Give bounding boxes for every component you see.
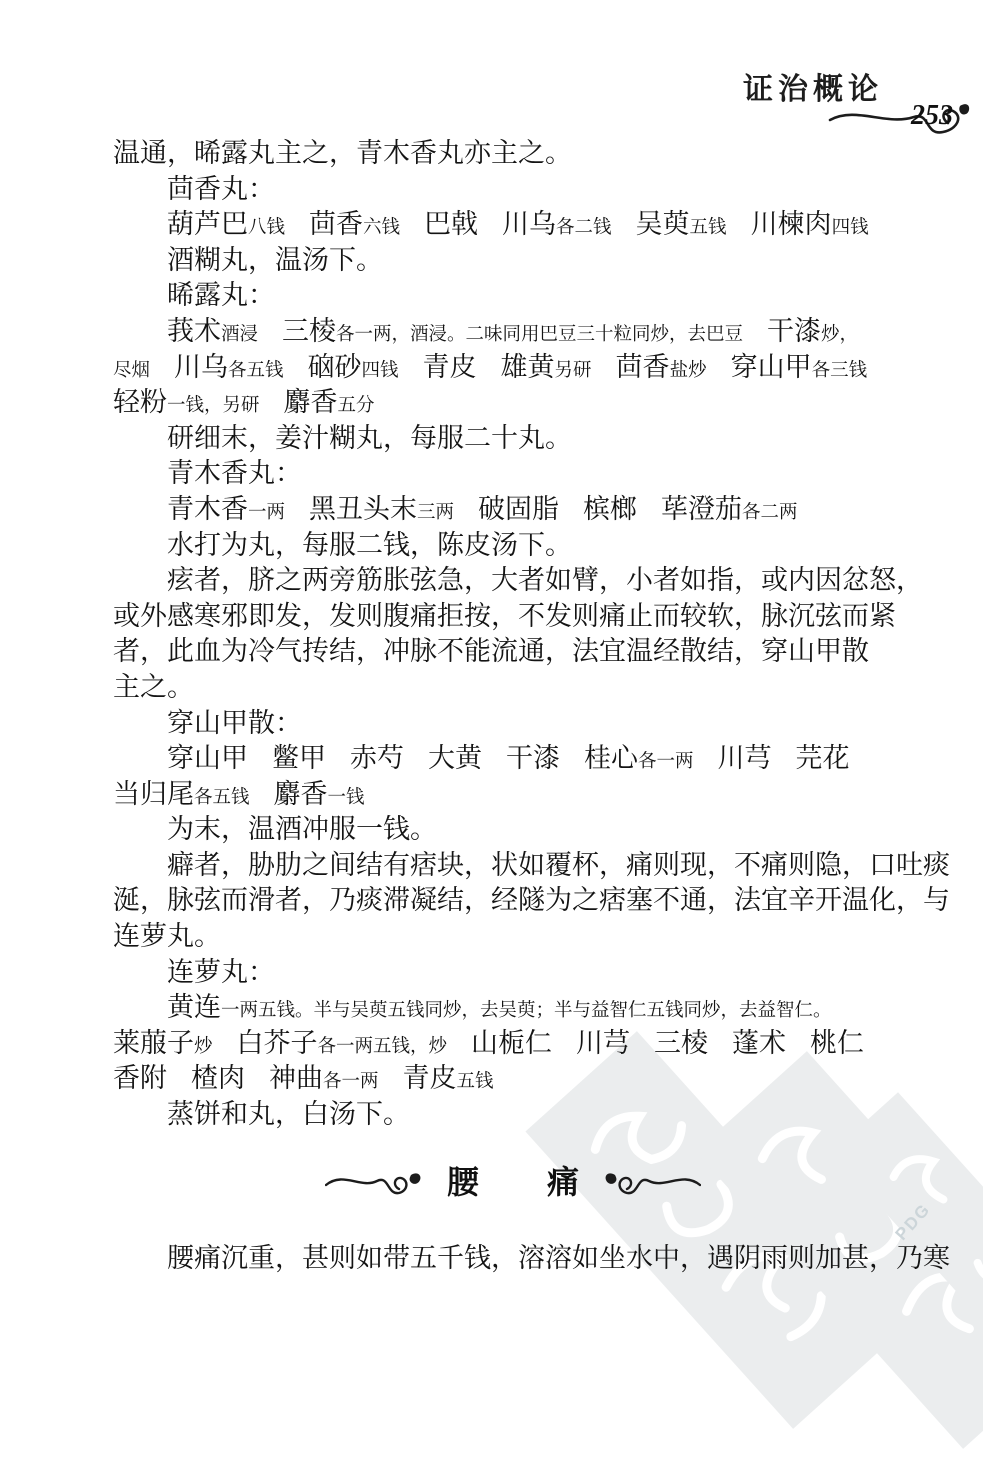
text-run: 穿山甲散： — [167, 708, 302, 738]
text-run: 茴香 — [309, 209, 363, 239]
dosage-annotation: 各一两，酒浸。二味同用巴豆三十粒同炒，去巴豆 — [336, 325, 743, 345]
dosage-annotation: 一钱，另研 — [167, 396, 260, 416]
text-line: 青木香一两黑丑头末三两破固脂槟榔荜澄茄各二两 — [113, 492, 913, 528]
text-line: 连萝丸： — [113, 955, 913, 991]
section-heading: 腰 痛 — [113, 1157, 913, 1207]
text-line: 茴香丸： — [113, 172, 913, 208]
text-line: 葫芦巴八钱茴香六钱巴戟川乌各二钱吴萸五钱川楝肉四钱 — [113, 207, 913, 243]
scanned-book-page: PDG 证治概论 253 温通，晞露丸主之，青木香丸亦主之。茴香丸：葫芦巴八钱茴… — [0, 0, 983, 1470]
section-title-char-1: 腰 — [447, 1157, 479, 1207]
dosage-annotation: 一钱 — [328, 788, 365, 808]
dosage-annotation: 各一两五钱，炒 — [318, 1037, 448, 1057]
text-run: 干漆 — [506, 743, 560, 773]
text-run: 干漆 — [767, 316, 821, 346]
dosage-annotation: 一两 — [248, 503, 285, 523]
text-line: 莱菔子炒白芥子各一两五钱，炒山栀仁川芎三棱蓬术桃仁 — [113, 1026, 913, 1062]
dosage-annotation: 各一两 — [638, 752, 694, 772]
dosage-annotation: 各二两 — [742, 503, 798, 523]
text-line: 酒糊丸，温汤下。 — [113, 243, 913, 279]
text-run: 痃者，脐之两旁筋胀弦急，大者如臂，小者如指，或内因忿怒， — [167, 565, 923, 595]
text-run: 巴戟 — [424, 209, 478, 239]
text-line: 研细末，姜汁糊丸，每服二十丸。 — [113, 421, 913, 457]
text-run: 三棱 — [282, 316, 336, 346]
text-line: 痃者，脐之两旁筋胀弦急，大者如臂，小者如指，或内因忿怒， — [113, 563, 913, 599]
text-line: 者，此血为冷气抟结，冲脉不能流通，法宜温经散结，穿山甲散 — [113, 634, 913, 670]
text-run: 川芎 — [718, 743, 772, 773]
text-run: 为末，温酒冲服一钱。 — [167, 814, 437, 844]
text-line: 癖者，胁肋之间结有痞块，状如覆杯，痛则现，不痛则隐，口吐痰 — [113, 848, 913, 884]
text-run: 神曲 — [269, 1063, 323, 1093]
text-line: 或外感寒邪即发，发则腹痛拒按，不发则痛止而较软，脉沉弦而紧 — [113, 599, 913, 635]
body-text: 温通，晞露丸主之，青木香丸亦主之。茴香丸：葫芦巴八钱茴香六钱巴戟川乌各二钱吴萸五… — [113, 136, 913, 1133]
text-run: 麝香 — [274, 779, 328, 809]
text-run: 腰痛沉重，甚则如带五千钱，溶溶如坐水中，遇阴雨则加甚，乃寒 — [167, 1243, 950, 1273]
text-run: 芫花 — [796, 743, 850, 773]
text-run: 癖者，胁肋之间结有痞块，状如覆杯，痛则现，不痛则隐，口吐痰 — [167, 850, 950, 880]
dosage-annotation: 各五钱 — [194, 788, 250, 808]
text-run: 赤芍 — [350, 743, 404, 773]
text-run: 主之。 — [113, 672, 194, 702]
dosage-annotation: 三两 — [417, 503, 454, 523]
dosage-annotation: 炒 — [194, 1037, 213, 1057]
dosage-annotation: 四钱 — [362, 361, 399, 381]
section-flourish-left-icon — [325, 1161, 425, 1203]
text-run: 桃仁 — [810, 1028, 864, 1058]
text-run: 香附 — [113, 1063, 167, 1093]
text-run: 茴香 — [616, 352, 670, 382]
text-run: 穿山甲 — [731, 352, 812, 382]
text-run: 轻粉 — [113, 387, 167, 417]
dosage-annotation: 各一两 — [323, 1072, 379, 1092]
dosage-annotation: 盐炒 — [670, 361, 707, 381]
text-run: 川乌 — [502, 209, 556, 239]
text-line: 尽烟川乌各五钱硇砂四钱青皮雄黄另研茴香盐炒穿山甲各三钱 — [113, 350, 913, 386]
text-run: 蒸饼和丸，白汤下。 — [167, 1099, 410, 1129]
dosage-annotation: 尽烟 — [113, 361, 150, 381]
text-run: 涎，脉弦而滑者，乃痰滞凝结，经隧为之痞塞不通，法宜辛开温化，与 — [113, 885, 950, 915]
text-run: 川乌 — [174, 352, 228, 382]
text-run: 莪术 — [167, 316, 221, 346]
text-run: 水打为丸，每服二钱，陈皮汤下。 — [167, 530, 572, 560]
text-line: 蒸饼和丸，白汤下。 — [113, 1097, 913, 1133]
text-run: 酒糊丸，温汤下。 — [167, 245, 383, 275]
text-run: 川楝肉 — [751, 209, 832, 239]
text-run: 或外感寒邪即发，发则腹痛拒按，不发则痛止而较软，脉沉弦而紧 — [113, 601, 896, 631]
text-run: 茴香丸： — [167, 174, 275, 204]
text-run: 研细末，姜汁糊丸，每服二十丸。 — [167, 423, 572, 453]
dosage-annotation: 四钱 — [832, 218, 869, 238]
text-run: 温通，晞露丸主之，青木香丸亦主之。 — [113, 138, 572, 168]
text-line: 黄连一两五钱。半与吴萸五钱同炒，去吴萸；半与益智仁五钱同炒，去益智仁。 — [113, 990, 913, 1026]
text-run: 川芎 — [576, 1028, 630, 1058]
text-run: 大黄 — [428, 743, 482, 773]
dosage-annotation: 炒， — [821, 325, 858, 345]
text-run: 破固脂 — [478, 494, 559, 524]
text-run: 荜澄茄 — [661, 494, 742, 524]
page-number: 253 — [911, 100, 953, 132]
text-line: 莪术酒浸三棱各一两，酒浸。二味同用巴豆三十粒同炒，去巴豆干漆炒， — [113, 314, 913, 350]
text-run: 穿山甲 — [167, 743, 248, 773]
dosage-annotation: 酒浸 — [221, 325, 258, 345]
text-line: 轻粉一钱，另研麝香五分 — [113, 385, 913, 421]
text-run: 楂肉 — [191, 1063, 245, 1093]
text-run: 连萝丸： — [167, 957, 275, 987]
dosage-annotation: 五分 — [338, 396, 375, 416]
text-run: 三棱 — [654, 1028, 708, 1058]
dosage-annotation: 各二钱 — [556, 218, 612, 238]
text-run: 麝香 — [284, 387, 338, 417]
text-run: 白芥子 — [237, 1028, 318, 1058]
text-line: 连萝丸。 — [113, 919, 913, 955]
text-run: 当归尾 — [113, 779, 194, 809]
text-run: 晞露丸： — [167, 280, 275, 310]
text-line: 涎，脉弦而滑者，乃痰滞凝结，经隧为之痞塞不通，法宜辛开温化，与 — [113, 883, 913, 919]
text-line: 温通，晞露丸主之，青木香丸亦主之。 — [113, 136, 913, 172]
text-line: 青木香丸： — [113, 456, 913, 492]
text-run: 桂心 — [584, 743, 638, 773]
text-line: 水打为丸，每服二钱，陈皮汤下。 — [113, 528, 913, 564]
dosage-annotation: 另研 — [555, 361, 592, 381]
text-run: 黑丑头末 — [309, 494, 417, 524]
text-run: 者，此血为冷气抟结，冲脉不能流通，法宜温经散结，穿山甲散 — [113, 636, 869, 666]
body-column: 温通，晞露丸主之，青木香丸亦主之。茴香丸：葫芦巴八钱茴香六钱巴戟川乌各二钱吴萸五… — [113, 136, 913, 1276]
text-run: 山栀仁 — [471, 1028, 552, 1058]
text-line: 穿山甲鳖甲赤芍大黄干漆桂心各一两川芎芫花 — [113, 741, 913, 777]
text-run: 黄连 — [167, 992, 221, 1022]
text-run: 青木香丸： — [167, 458, 302, 488]
dosage-annotation: 六钱 — [363, 218, 400, 238]
dosage-annotation: 各三钱 — [812, 361, 868, 381]
dosage-annotation: 五钱 — [457, 1072, 494, 1092]
dosage-annotation: 五钱 — [690, 218, 727, 238]
text-run: 青木香 — [167, 494, 248, 524]
text-line: 晞露丸： — [113, 278, 913, 314]
text-run: 吴萸 — [636, 209, 690, 239]
section-title-char-2: 痛 — [547, 1157, 579, 1207]
text-run: 连萝丸。 — [113, 921, 221, 951]
text-run: 青皮 — [403, 1063, 457, 1093]
text-run: 青皮 — [423, 352, 477, 382]
text-line: 为末，温酒冲服一钱。 — [113, 812, 913, 848]
dosage-annotation: 一两五钱。半与吴萸五钱同炒，去吴萸；半与益智仁五钱同炒，去益智仁。 — [221, 1001, 832, 1021]
text-run: 槟榔 — [583, 494, 637, 524]
text-run: 硇砂 — [308, 352, 362, 382]
text-run: 葫芦巴 — [167, 209, 248, 239]
text-run: 雄黄 — [501, 352, 555, 382]
text-run: 鳖甲 — [272, 743, 326, 773]
text-run: 莱菔子 — [113, 1028, 194, 1058]
text-line: 穿山甲散： — [113, 706, 913, 742]
text-run: 蓬术 — [732, 1028, 786, 1058]
text-line: 香附楂肉神曲各一两青皮五钱 — [113, 1061, 913, 1097]
dosage-annotation: 各五钱 — [228, 361, 284, 381]
section-flourish-right-icon — [601, 1161, 701, 1203]
dosage-annotation: 八钱 — [248, 218, 285, 238]
text-line: 当归尾各五钱麝香一钱 — [113, 777, 913, 813]
text-line: 主之。 — [113, 670, 913, 706]
text-line: 腰痛沉重，甚则如带五千钱，溶溶如坐水中，遇阴雨则加甚，乃寒 — [113, 1241, 913, 1277]
closing-text: 腰痛沉重，甚则如带五千钱，溶溶如坐水中，遇阴雨则加甚，乃寒 — [113, 1241, 913, 1277]
